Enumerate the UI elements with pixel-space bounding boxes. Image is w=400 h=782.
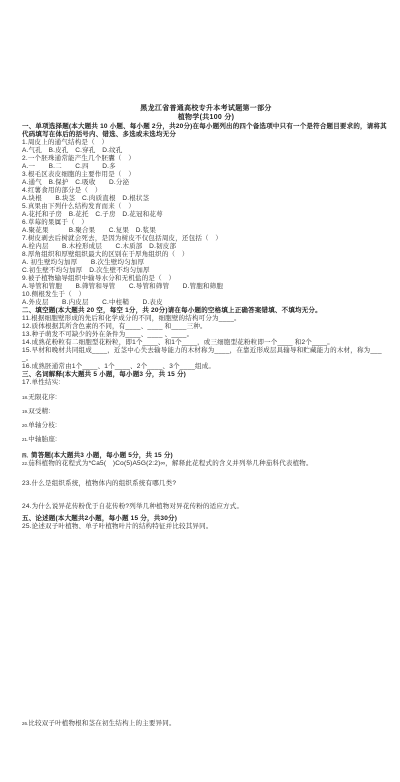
line-text: 二、填空题(本大题共 20 空，每空 1分，共 20分)请在每小题的空格填上正确… xyxy=(22,307,322,314)
line-text: 13.种子萌发不可缺少的外在条件为____、____ 、____。 xyxy=(22,331,193,338)
q20: 20.单轴分枝: xyxy=(22,422,390,430)
line-text: A.聚花果 B.聚合果 C.复果 D.浆果 xyxy=(22,227,156,234)
line-text: 10.侧根发生于（ ） xyxy=(22,291,85,298)
q10: 10.侧根发生于（ ） xyxy=(22,291,390,299)
sec4-heading: 四、简答题(本大题共3 小题，每小题 5分，共 15 分) xyxy=(22,452,390,460)
line-text: A.通气 B.保护 C.吸收 D.分泌 xyxy=(22,179,129,186)
line-text: 三、名词解释(本大题共 5 小题，每小题3 分，共 15 分) xyxy=(22,371,186,378)
line-text: 无限花序: xyxy=(28,394,57,401)
line-text: A.栓内层 B.木栓形成层 C.木质部 D.韧皮部 xyxy=(22,243,176,250)
exam-subtitle: 植物学(共100 分) xyxy=(22,113,390,122)
line-text: 11.根据细胞壁形成的先后和化学成分的不同，细胞壁的结构可分为____。 xyxy=(22,315,241,322)
line-text: A.块根 B.块茎 C.肉质直根 D.根状茎 xyxy=(22,195,149,202)
q7-opts: A.栓内层 B.木栓形成层 C.木质部 D.韧皮部 xyxy=(22,243,390,251)
exam-page: 黑龙江省普通高校专升本考试题第一部分 植物学(共100 分) 一、单项选择题(本… xyxy=(0,0,400,782)
line-text: 17.单性结实: xyxy=(22,379,60,386)
q6-opts: A.聚花果 B.聚合果 C.复果 D.浆果 xyxy=(22,227,390,235)
q22: 22.茄科植物的花程式为*Ca5( )Co(5)A5G(2:2)∞，解释此花程式… xyxy=(22,460,390,468)
q23: 23.什么是组织系统，植物体内的组织系统有哪几类? xyxy=(22,480,390,488)
q18: 18.无限花序: xyxy=(22,394,390,402)
line-text: 5.真果由下列什么结构发育而来（ ） xyxy=(22,203,135,210)
line-text: 16.成熟胚通常由1个____、1个____、2个____、3个____组成。 xyxy=(22,363,215,370)
q1-opts: A.气孔 B.皮孔 C.穿孔 D.纹孔 xyxy=(22,147,390,155)
line-text: A. 初生壁均匀加厚 B.次生壁均匀加厚 xyxy=(22,259,144,266)
line-text: 2.一个胚珠通常能产生几个胚囊（ ） xyxy=(22,155,135,162)
q12: 12.质体根据其所含色素的不同，有____、____ 和____三种。 xyxy=(22,323,390,331)
line-text: 8.厚角组织和厚壁组织最大的区别在于厚角组织的（ ） xyxy=(22,251,189,258)
line-text: 23.什么是组织系统，植物体内的组织系统有哪几类? xyxy=(22,480,176,487)
q10-opts: A.外皮层 B.内皮层 C.中柱鞘 D.表皮 xyxy=(22,299,390,307)
line-text: A.外皮层 B.内皮层 C.中柱鞘 D.表皮 xyxy=(22,299,163,306)
q15: 15.早材和晚材共同组成____，近茎中心失去输导能力的木材称为____，在靠近… xyxy=(22,347,390,363)
line-text: 单轴分枝: xyxy=(28,422,57,429)
q25: 25.论述双子叶植物、单子叶植物叶片的结构特征并比较其异同。 xyxy=(22,523,390,531)
sec2-heading: 二、填空题(本大题共 20 空，每空 1分，共 20分)请在每小题的空格填上正确… xyxy=(22,307,390,315)
q8-opts-cd: C.初生壁不均匀加厚 D.次生壁不均匀加厚 xyxy=(22,267,390,275)
line-text: C.初生壁不均匀加厚 D.次生壁不均匀加厚 xyxy=(22,267,150,274)
q6: 6.草莓的果属于（ ） xyxy=(22,219,390,227)
q5: 5.真果由下列什么结构发育而来（ ） xyxy=(22,203,390,211)
q17: 17.单性结实: xyxy=(22,379,390,387)
line-text: 7.树皮剥去后树就会死去，是因为树皮不仅包括周皮，还包括（ ） xyxy=(22,235,222,242)
q2-opts: A.一 B.二 C.四 D.多 xyxy=(22,163,390,171)
q14: 14.成熟花粉粒有二细胞型花粉粒，即1个____、和1个____，或三细胞型花粉… xyxy=(22,339,390,347)
line-text: 双受精: xyxy=(28,408,50,415)
line-text: 五、论述题(本大题共2小题，每小题 15 分，共30分) xyxy=(22,515,177,522)
line-text: 1.周皮上的通气结构是（ ） xyxy=(22,139,108,146)
q3-opts: A.通气 B.保护 C.吸收 D.分泌 xyxy=(22,179,390,187)
q16: 16.成熟胚通常由1个____、1个____、2个____、3个____组成。 xyxy=(22,363,390,371)
line-text: 比较双子叶植物根和茎在初生结构上的主要异同。 xyxy=(28,720,175,727)
line-text: 简答题(本大题共3 小题，每小题 5分，共 15 分) xyxy=(31,452,173,459)
line-text: 3.根毛区表皮细胞的主要作用是（ ） xyxy=(22,171,135,178)
exam-title: 黑龙江省普通高校专升本考试题第一部分 xyxy=(22,104,390,113)
q5-opts: A.花托和子房 B.花托 C.子房 D.花冠和花萼 xyxy=(22,211,390,219)
line-text: A.一 B.二 C.四 D.多 xyxy=(22,163,116,170)
q3: 3.根毛区表皮细胞的主要作用是（ ） xyxy=(22,171,390,179)
line-text: 25.论述双子叶植物、单子叶植物叶片的结构特征并比较其异同。 xyxy=(22,523,213,530)
sec5-heading: 五、论述题(本大题共2小题，每小题 15 分，共30分) xyxy=(22,515,390,523)
line-text: 一、单项选择题(本大题共 10 小题、每小题 2分，共20分)在每小题列出的四个… xyxy=(22,123,387,138)
line-text: 24.为什么说异花传粉优于自花传粉?列举几种植物对异花传粉的适应方式。 xyxy=(22,503,243,510)
line-text: 12.质体根据其所含色素的不同，有____、____ 和____三种。 xyxy=(22,323,207,330)
line-text: 9.被子植物输导组织中输导水分和无机盐的是（ ） xyxy=(22,275,175,282)
line-text: 4.红薯食用的部分是（ ） xyxy=(22,187,102,194)
q8: 8.厚角组织和厚壁组织最大的区别在于厚角组织的（ ） xyxy=(22,251,390,259)
line-text: 茄科植物的花程式为*Ca5( )Co(5)A5G(2:2)∞，解释此花程式的含义… xyxy=(28,460,312,467)
q9: 9.被子植物输导组织中输导水分和无机盐的是（ ） xyxy=(22,275,390,283)
line-text: 中轴胎座: xyxy=(28,436,57,443)
q19: 19.双受精: xyxy=(22,408,390,416)
q4: 4.红薯食用的部分是（ ） xyxy=(22,187,390,195)
line-text: 6.草莓的果属于（ ） xyxy=(22,219,88,226)
line-text: 15.早材和晚材共同组成____，近茎中心失去输导能力的木材称为____，在靠近… xyxy=(22,347,382,362)
sec1-heading: 一、单项选择题(本大题共 10 小题、每小题 2分，共20分)在每小题列出的四个… xyxy=(22,123,390,139)
line-text: A.气孔 B.皮孔 C.穿孔 D.纹孔 xyxy=(22,147,123,154)
q1: 1.周皮上的通气结构是（ ） xyxy=(22,139,390,147)
q9-opts: A.导管和管胞 B.筛管和导管 C.导管和筛管 D.管胞和筛胞 xyxy=(22,283,390,291)
q21: 21.中轴胎座: xyxy=(22,436,390,444)
line-text: 14.成熟花粉粒有二细胞型花粉粒，即1个____、和1个____，或三细胞型花粉… xyxy=(22,339,334,346)
q8-opts-ab: A. 初生壁均匀加厚 B.次生壁均匀加厚 xyxy=(22,259,390,267)
question-number: 四、 xyxy=(22,453,31,458)
q11: 11.根据细胞壁形成的先后和化学成分的不同，细胞壁的结构可分为____。 xyxy=(22,315,390,323)
line-text: A.导管和管胞 B.筛管和导管 C.导管和筛管 D.管胞和筛胞 xyxy=(22,283,223,290)
q7: 7.树皮剥去后树就会死去，是因为树皮不仅包括周皮，还包括（ ） xyxy=(22,235,390,243)
sec3-heading: 三、名词解释(本大题共 5 小题，每小题3 分，共 15 分) xyxy=(22,371,390,379)
q2: 2.一个胚珠通常能产生几个胚囊（ ） xyxy=(22,155,390,163)
q26: 26.比较双子叶植物根和茎在初生结构上的主要异同。 xyxy=(22,720,390,728)
q24: 24.为什么说异花传粉优于自花传粉?列举几种植物对异花传粉的适应方式。 xyxy=(22,503,390,511)
q4-opts: A.块根 B.块茎 C.肉质直根 D.根状茎 xyxy=(22,195,390,203)
q13: 13.种子萌发不可缺少的外在条件为____、____ 、____。 xyxy=(22,331,390,339)
exam-body: 一、单项选择题(本大题共 10 小题、每小题 2分，共20分)在每小题列出的四个… xyxy=(22,123,390,728)
line-text: A.花托和子房 B.花托 C.子房 D.花冠和花萼 xyxy=(22,211,163,218)
